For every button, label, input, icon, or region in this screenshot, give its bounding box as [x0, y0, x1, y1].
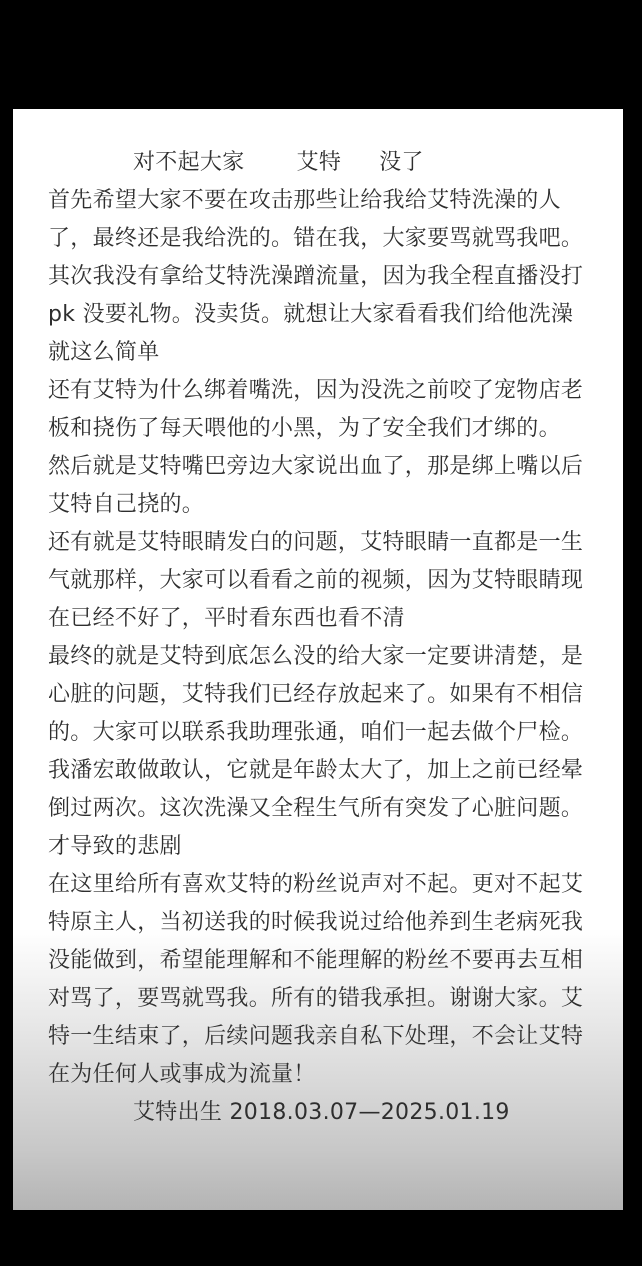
paragraph-5: 还有就是艾特眼睛发白的问题，艾特眼睛一直都是一生气就那样，大家可以看看之前的视频… — [48, 524, 588, 638]
title-apology: 对不起大家 — [133, 144, 245, 182]
paragraph-4: 然后就是艾特嘴巴旁边大家说出血了，那是绑上嘴以后艾特自己挠的。 — [48, 448, 588, 524]
paragraph-1: 首先希望大家不要在攻击那些让给我给艾特洗澡的人了，最终还是我给洗的。错在我，大家… — [48, 182, 588, 258]
post-content: 对不起大家 艾特 没了 首先希望大家不要在攻击那些让给我给艾特洗澡的人了，最终还… — [48, 144, 588, 1132]
title-gone: 没了 — [379, 144, 424, 182]
paragraph-3: 还有艾特为什么绑着嘴洗，因为没洗之前咬了宠物店老板和挠伤了每天喂他的小黑，为了安… — [48, 372, 588, 448]
post-title: 对不起大家 艾特 没了 — [48, 144, 588, 182]
title-name: 艾特 — [297, 144, 342, 182]
post-image-card: 对不起大家 艾特 没了 首先希望大家不要在攻击那些让给我给艾特洗澡的人了，最终还… — [13, 109, 623, 1210]
paragraph-6: 最终的就是艾特到底怎么没的给大家一定要讲清楚，是心脏的问题，艾特我们已经存放起来… — [48, 638, 588, 866]
birth-death-dates: 艾特出生 2018.03.07—2025.01.19 — [48, 1094, 588, 1132]
paragraph-7: 在这里给所有喜欢艾特的粉丝说声对不起。更对不起艾特原主人，当初送我的时候我说过给… — [48, 866, 588, 1094]
paragraph-2: 其次我没有拿给艾特洗澡蹭流量，因为我全程直播没打 pk 没要礼物。没卖货。就想让… — [48, 258, 588, 372]
